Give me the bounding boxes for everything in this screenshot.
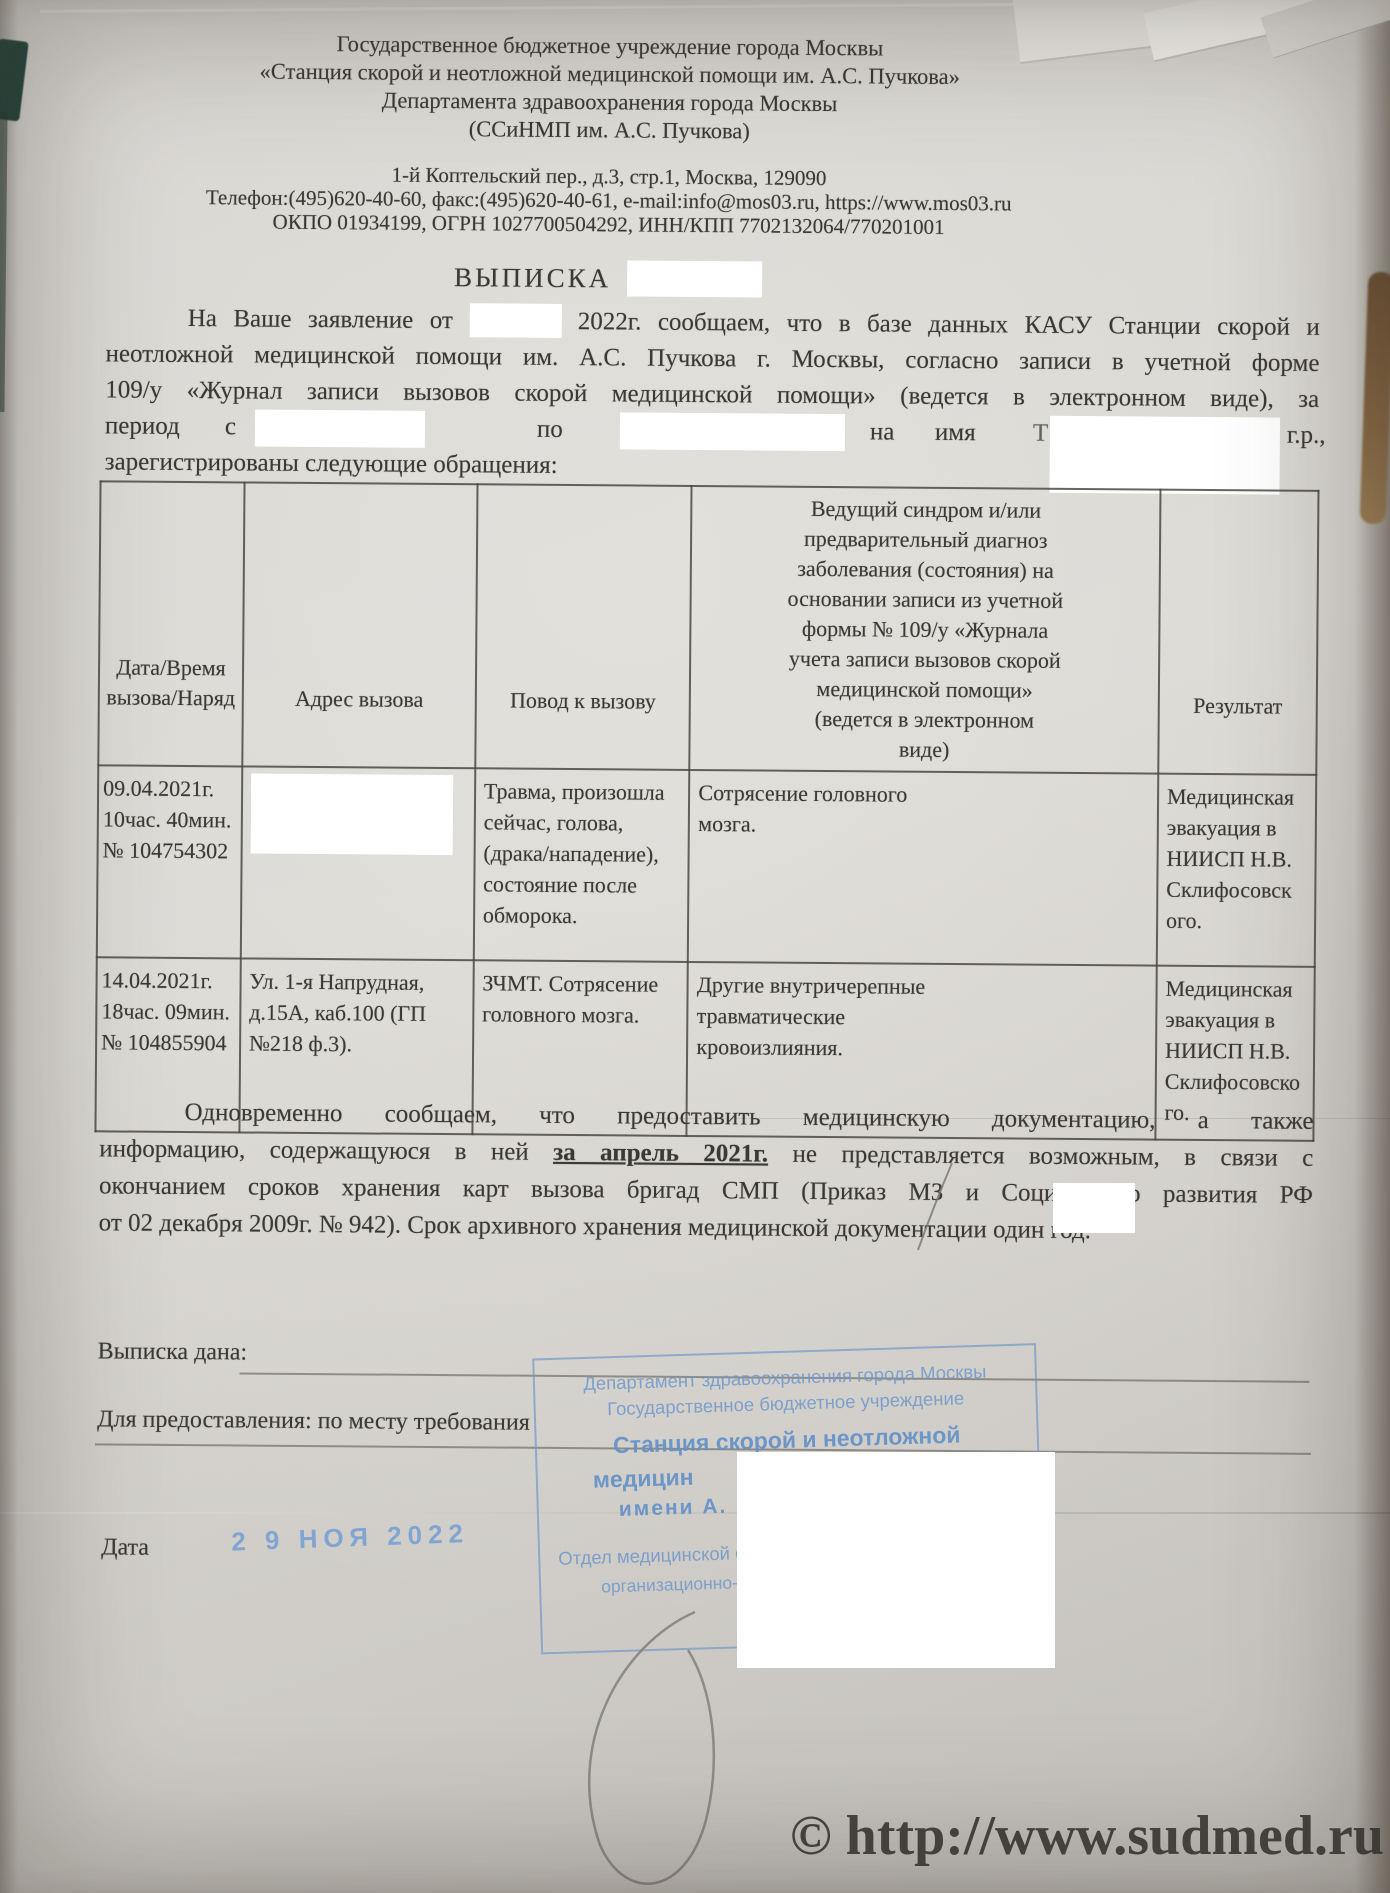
intro-text: имя bbox=[935, 415, 976, 451]
scanned-document-photo: Государственное бюджетное учреждение гор… bbox=[0, 0, 1390, 1893]
redaction-box-period-from bbox=[255, 410, 425, 448]
cell-diagnosis: Сотрясение головного мозга. bbox=[688, 770, 1158, 966]
redaction-box-address bbox=[250, 774, 453, 856]
redaction-box-period-to bbox=[620, 412, 845, 451]
col-header-datetime: Дата/Время вызова/Наряд bbox=[98, 481, 244, 766]
closing-text: информацию, содержащуюся в ней bbox=[99, 1135, 529, 1165]
redaction-box-name bbox=[1049, 416, 1280, 495]
intro-paragraph: На Ваше заявление от 2022г. сообщаем, чт… bbox=[105, 300, 1320, 490]
date-stamp: 2 9 НОЯ 2022 bbox=[231, 1518, 470, 1557]
redaction-box-title bbox=[627, 260, 762, 297]
folder-edge-sliver bbox=[0, 38, 29, 121]
cell-result: Медицинская эвакуация в НИИСП Н.В. Склиф… bbox=[1157, 774, 1317, 967]
cell-address bbox=[241, 766, 475, 960]
purpose-label: Для предоставления: по месту требования bbox=[97, 1406, 530, 1436]
redaction-box-date bbox=[469, 303, 561, 338]
calls-table: Дата/Время вызова/Наряд Адрес вызова Пов… bbox=[94, 480, 1319, 1142]
cell-reason: Травма, произошла сейчас, голова, (драка… bbox=[474, 768, 690, 962]
closing-text: не представляется возможным, в связи с bbox=[792, 1141, 1313, 1172]
signature-loop bbox=[589, 1612, 714, 1884]
paper-top-edge bbox=[40, 2, 1140, 13]
cell-datetime: 09.04.2021г. 10час. 40мин. № 104754302 bbox=[97, 765, 242, 958]
contact-block: 1-й Коптельский пер., д.3, стр.1, Москва… bbox=[93, 160, 1124, 240]
intro-text: на bbox=[870, 414, 895, 450]
col-header-result: Результат bbox=[1158, 490, 1318, 775]
col-header-reason: Повод к вызову bbox=[475, 484, 692, 770]
table-row: 09.04.2021г. 10час. 40мин. № 104754302 Т… bbox=[97, 765, 1316, 967]
intro-text: период bbox=[105, 408, 180, 445]
document-title-row: ВЫПИСКА bbox=[93, 256, 1123, 300]
org-header: Государственное бюджетное учреждение гор… bbox=[94, 28, 1125, 148]
redaction-box-stamp bbox=[737, 1452, 1055, 1668]
document-title: ВЫПИСКА bbox=[454, 262, 611, 293]
redaction-box-margin bbox=[1053, 1183, 1135, 1233]
intro-text: 2022г. сообщаем, что в базе данных КАСУ … bbox=[578, 308, 1320, 341]
col-header-syndrome: Ведущий синдром и/или предварительный ди… bbox=[690, 486, 1161, 774]
watermark: © http://www.sudmed.ru bbox=[790, 1804, 1384, 1868]
closing-text-emphasis: за апрель 2021г. bbox=[553, 1139, 768, 1168]
col-header-address: Адрес вызова bbox=[242, 482, 477, 768]
date-label: Дата bbox=[101, 1534, 149, 1561]
intro-text: На Ваше заявление от bbox=[188, 305, 453, 334]
intro-text: г.р., bbox=[1287, 418, 1326, 454]
intro-text: с bbox=[225, 409, 236, 445]
issued-label: Выписка дана: bbox=[98, 1338, 248, 1366]
table-header-row: Дата/Время вызова/Наряд Адрес вызова Пов… bbox=[98, 481, 1318, 775]
intro-text: по bbox=[537, 412, 563, 448]
intro-text: Т bbox=[1033, 416, 1049, 452]
